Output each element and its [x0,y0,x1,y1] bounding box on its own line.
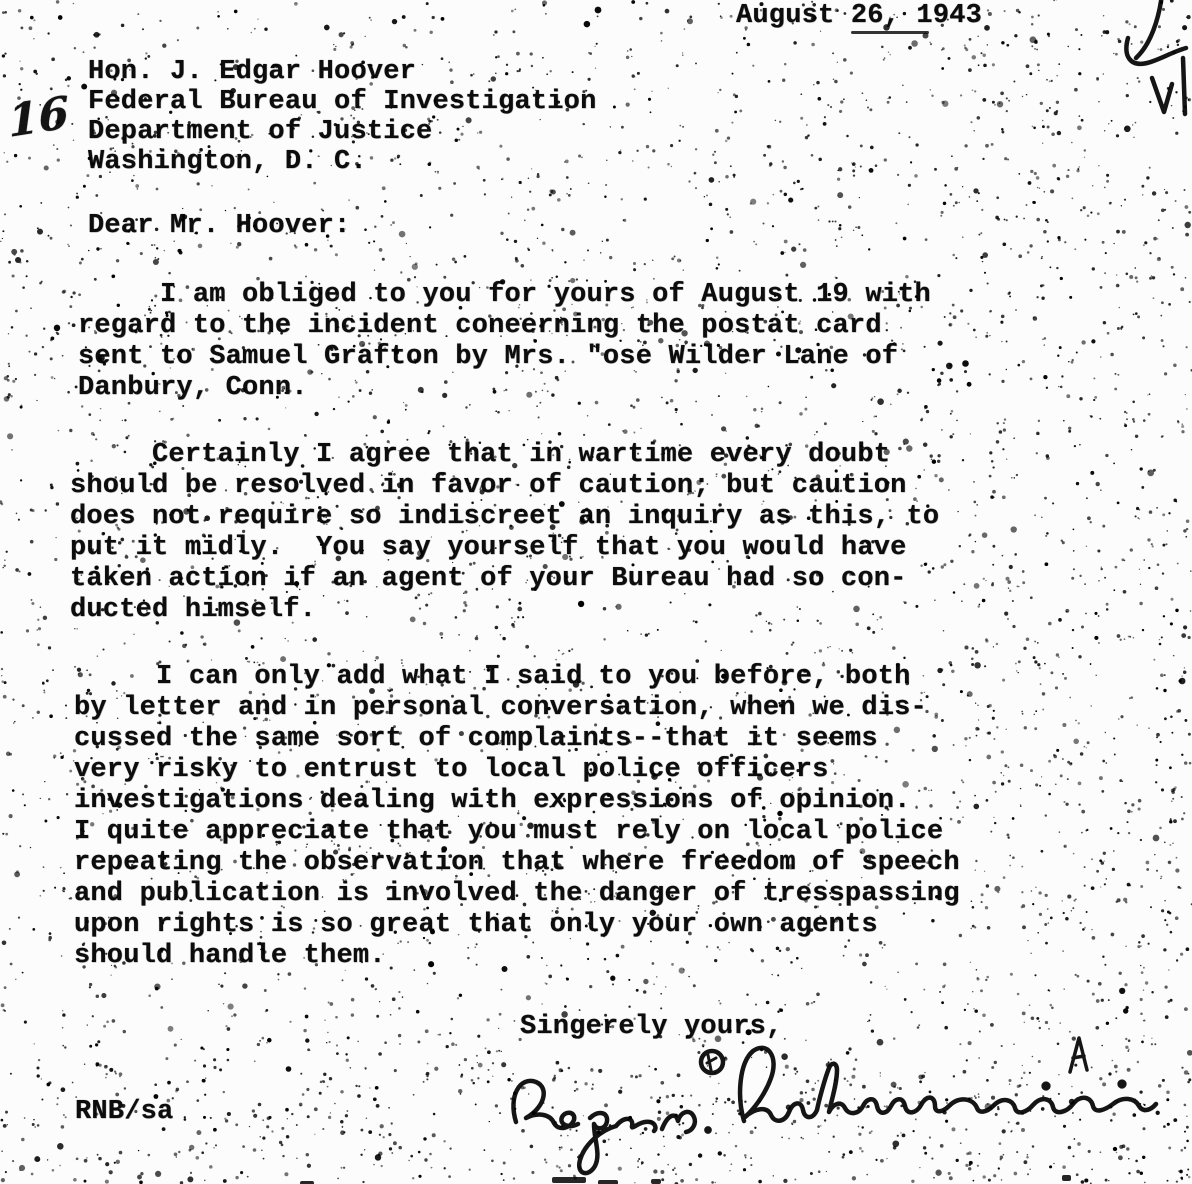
paragraph-1: I am obliged to you for yours of August … [78,280,931,404]
closing-line: Singerely yours, [520,1012,782,1043]
paragraph-3: I can only add what I said to you before… [74,662,960,972]
salutation: Dear Mr. Hoover: [88,211,350,242]
recipient-address-block: Hon. J. Edgar Hoover Federal Bureau of I… [88,57,596,177]
pen-marks-top-right [1126,0,1186,114]
paragraph-2: Certainly I agree that in wartime every … [70,440,939,626]
signature-transcription: Roger N. Baldwin [0,0,1,1]
date-line: August 26, 1943 [736,1,982,32]
handwritten-margin-number: 16 [7,87,70,148]
date-underline [851,31,929,34]
reference-initials: RNB/sa [75,1097,173,1128]
signature-roger-n-baldwin [513,1038,1156,1173]
scanned-letter-page: August 26, 1943 Hon. J. Edgar Hoover Fed… [0,0,1192,1184]
